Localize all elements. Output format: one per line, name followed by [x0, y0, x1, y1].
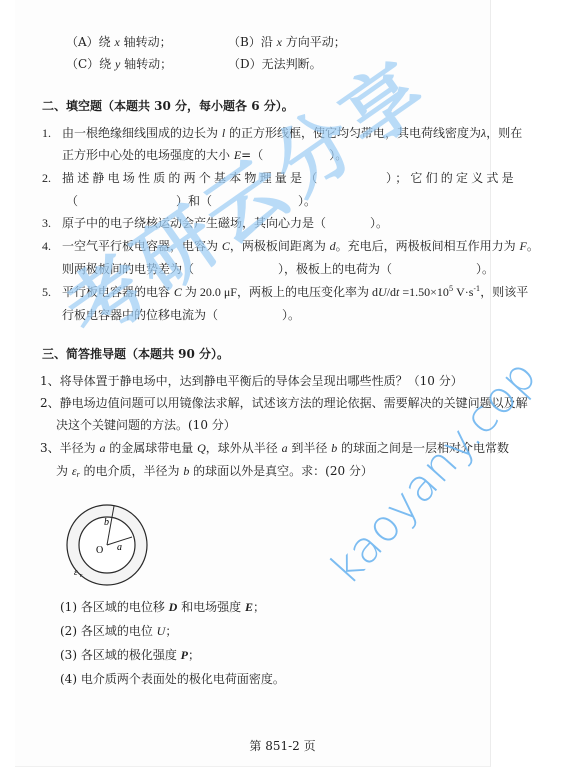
text: 。充电后，两极板间相互作用力为	[336, 239, 520, 253]
section2-title: 二、填空题（本题共 30 分，每小题各 6 分）。	[42, 98, 294, 114]
choice-a-suffix: 轴转动；	[120, 35, 172, 49]
text: (3) 各区域的极化强度	[60, 648, 181, 662]
q2-2-line2: （）和（）。	[66, 193, 316, 209]
text: ）。	[370, 216, 388, 230]
choice-b-suffix: 方向平动；	[282, 35, 346, 49]
text: (2) 各区域的电位	[60, 624, 157, 638]
text: 的金属球带电量	[105, 441, 197, 455]
text: 则两极板间的电势差为（	[62, 262, 194, 276]
q2-2-number: 2.	[42, 170, 51, 186]
text: ）。	[282, 308, 300, 322]
text: ）。	[298, 194, 316, 208]
q3-2-line2: 决这个关键问题的方法。(10 分）	[56, 417, 236, 433]
choice-c: （C）绕 y 轴转动；	[66, 56, 172, 72]
text: 的球面以外是真空。求：(20 分）	[189, 464, 373, 478]
label-a: a	[117, 542, 122, 553]
q2-4-number: 4.	[42, 238, 51, 254]
var-C: C	[222, 239, 230, 253]
q2-4-line1: 一空气平行板电容器，电容为 C，两极板间距离为 d。充电后，两极板间相互作用力为…	[62, 238, 539, 254]
text: 的球面之间是一层相对介电常数	[337, 441, 509, 455]
q2-2-line1b: ）；它们的定义式是	[386, 170, 517, 186]
text: 正方形中心处的电场强度的大小	[62, 148, 234, 162]
text: V·s	[453, 285, 473, 299]
q2-5-line2: 行板电容器中的位移电流为（）。	[62, 307, 300, 323]
label-epsilon: ε	[74, 567, 78, 577]
text: ；	[165, 624, 177, 638]
text: （	[66, 194, 78, 208]
text: 到半径	[288, 441, 332, 455]
q3-3-line1: 3、半径为 a 的金属球带电量 Q，球外从半径 a 到半径 b 的球面之间是一层…	[40, 440, 509, 456]
q3-2-line1: 2、静电场边值问题可以用镜像法求解，试述该方法的理论依据、需要解决的关键问题以及…	[40, 395, 528, 411]
q2-4-line2: 则两极板间的电势差为（），极板上的电荷为（）。	[62, 261, 494, 277]
text: 行板电容器中的位移电流为（	[62, 308, 218, 322]
q2-3-text: 原子中的电子绕核运动会产生磁场，其向心力是（）。	[62, 215, 388, 231]
text: 3、半径为	[40, 441, 99, 455]
text: ）和（	[176, 194, 212, 208]
page-number: 第 851-2 页	[0, 737, 565, 754]
concentric-sphere-diagram: b a O ε r	[62, 500, 152, 590]
text: 。	[527, 239, 539, 253]
vector-P: P	[181, 648, 188, 662]
vector-D: D	[169, 600, 178, 614]
q3-1: 1、将导体置于静电场中，达到静电平衡后的导体会呈现出哪些性质？（10 分）	[40, 373, 463, 389]
var-U: U	[378, 285, 387, 299]
label-origin: O	[96, 545, 103, 556]
choice-b-prefix: （B）沿	[228, 35, 277, 49]
text: 为 20.0 μF，两板上的电压变化率为 d	[182, 285, 378, 299]
q2-1-line1: 由一根绝缘细线围成的边长为 l 的正方形线框，使它均匀带电，其电荷线密度为λ，则…	[62, 125, 522, 141]
var-C: C	[174, 285, 182, 299]
choice-c-suffix: 轴转动；	[120, 57, 172, 71]
text: 原子中的电子绕核运动会产生磁场，其向心力是（	[62, 216, 326, 230]
text: 由一根绝缘细线围成的边长为	[62, 126, 222, 140]
text: ；	[253, 600, 265, 614]
var-U: U	[157, 624, 166, 638]
text: 和电场强度	[177, 600, 245, 614]
choice-a: （A）绕 x 轴转动；	[66, 34, 172, 50]
text: ；	[188, 648, 200, 662]
text: =（	[241, 148, 263, 162]
q3-3-sub3: (3) 各区域的极化强度 P；	[60, 647, 200, 663]
text: 的正方形线框，使它均匀带电，其电荷线密度为	[225, 126, 481, 140]
q3-3-line2: 为 εr 的电介质，半径为 b 的球面以外是真空。求：(20 分）	[56, 463, 373, 479]
choice-c-prefix: （C）绕	[66, 57, 115, 71]
section3-title: 三、简答推导题（本题共 90 分）。	[42, 346, 229, 362]
q2-1-number: 1.	[42, 125, 51, 141]
text: 为	[56, 464, 72, 478]
q2-3-number: 3.	[42, 215, 51, 231]
text: /d	[387, 285, 396, 299]
text: ）。	[476, 262, 494, 276]
choice-b: （B）沿 x 方向平动；	[228, 34, 346, 50]
text: 平行板电容器的电容	[62, 285, 174, 299]
text: ，两极板间距离为	[230, 239, 330, 253]
q3-3-sub2: (2) 各区域的电位 U；	[60, 623, 177, 639]
text: ，则在	[486, 126, 522, 140]
label-b: b	[104, 517, 109, 528]
text: 的电介质，半径为	[80, 464, 184, 478]
q2-2-line1a: 描述静电场性质的两个基本物理量是（	[62, 170, 320, 186]
text: ），极板上的电荷为（	[278, 262, 392, 276]
var-Q: Q	[197, 441, 206, 455]
text: ，则该平	[480, 285, 528, 299]
text: ）。	[329, 148, 347, 162]
text: (1) 各区域的电位移	[60, 600, 169, 614]
q2-5-number: 5.	[42, 284, 51, 300]
choice-d: （D）无法判断。	[228, 56, 322, 72]
choice-a-prefix: （A）绕	[66, 35, 114, 49]
q2-1-line2: 正方形中心处的电场强度的大小 E=（）。	[62, 147, 347, 163]
var-F: F	[520, 239, 527, 253]
q3-3-sub4: (4) 电介质两个表面处的极化电荷面密度。	[60, 671, 285, 687]
text: 一空气平行板电容器，电容为	[62, 239, 222, 253]
vector-E: E	[245, 600, 253, 614]
text: =1.50×10	[399, 285, 449, 299]
q3-3-sub1: (1) 各区域的电位移 D 和电场强度 E；	[60, 599, 265, 615]
q2-5-line1: 平行板电容器的电容 C 为 20.0 μF，两板上的电压变化率为 dU/dt =…	[62, 284, 528, 300]
text: ，球外从半径	[206, 441, 282, 455]
